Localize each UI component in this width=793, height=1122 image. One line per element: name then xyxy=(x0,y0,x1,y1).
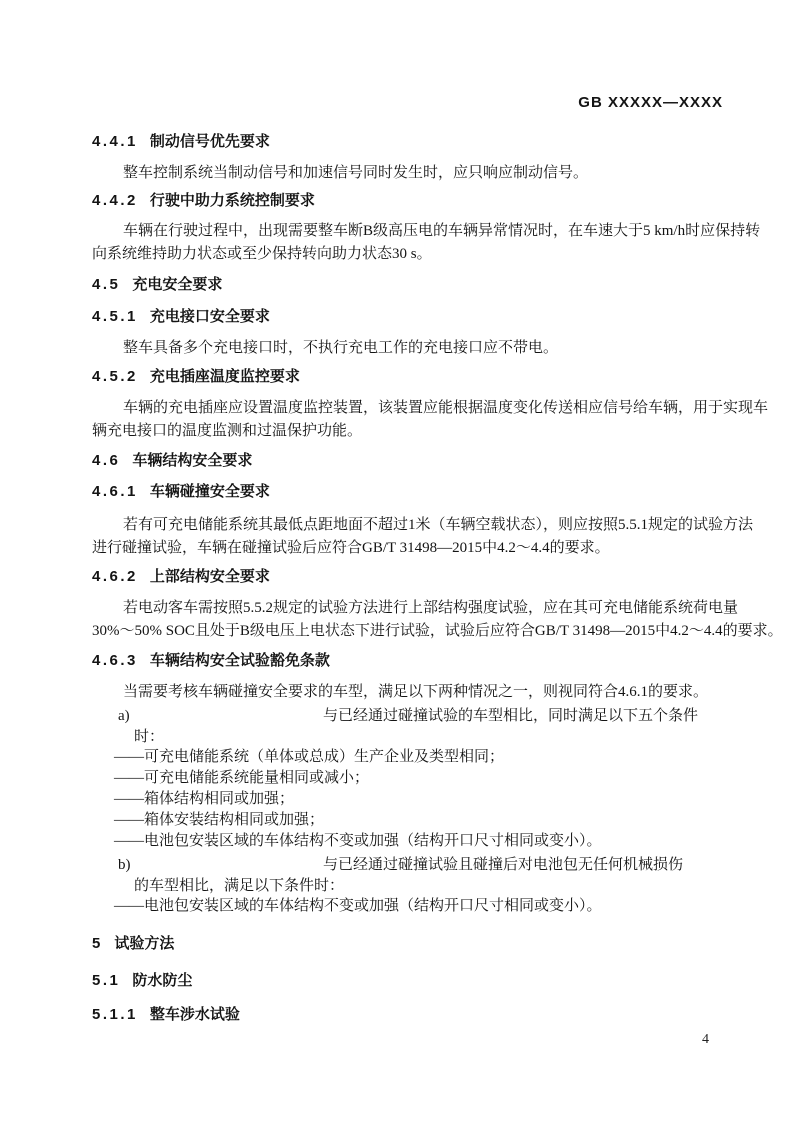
heading-number: 4.6 xyxy=(92,452,120,469)
heading-number: 4.4.1 xyxy=(92,133,138,150)
heading-title: 车辆结构安全试验豁免条款 xyxy=(150,652,330,669)
paragraph-line: 若电动客车需按照5.5.2规定的试验方法进行上部结构强度试验，应在其可充电储能系… xyxy=(92,597,723,620)
heading-title: 充电安全要求 xyxy=(132,276,222,293)
heading-number: 4.4.2 xyxy=(92,192,138,209)
heading-number: 4.5 xyxy=(92,276,120,293)
heading-number: 5.1.1 xyxy=(92,1006,138,1023)
dash-item: ——箱体结构相同或加强； xyxy=(92,789,723,810)
heading-title: 防水防尘 xyxy=(132,972,192,989)
list-item-a: a)与已经通过碰撞试验的车型相比，同时满足以下五个条件时： xyxy=(92,705,723,747)
paragraph-line: 车辆在行驶过程中，出现需要整车断B级高压电的车辆异常情况时，在车速大于5 km/… xyxy=(92,220,723,243)
dash-item: ——箱体安装结构相同或加强； xyxy=(92,810,723,831)
heading-4-5-1: 4.5.1充电接口安全要求 xyxy=(92,308,723,325)
heading-4-6-1: 4.6.1车辆碰撞安全要求 xyxy=(92,483,723,500)
list-item-continuation: 时： xyxy=(92,728,723,747)
heading-4-4-2: 4.4.2行驶中助力系统控制要求 xyxy=(92,192,723,209)
list-item-head: a)与已经通过碰撞试验的车型相比，同时满足以下五个条件 xyxy=(92,705,723,728)
paragraph: 整车控制系统当制动信号和加速信号同时发生时，应只响应制动信号。 xyxy=(92,162,723,185)
standard-number-header: GB XXXXX—XXXX xyxy=(92,94,723,111)
paragraph-line: 进行碰撞试验，车辆在碰撞试验后应符合GB/T 31498—2015中4.2～4.… xyxy=(92,537,723,560)
dash-item: ——电池包安装区域的车体结构不变或加强（结构开口尺寸相同或变小）。 xyxy=(92,831,723,852)
heading-number: 4.6.1 xyxy=(92,483,138,500)
dash-item: ——电池包安装区域的车体结构不变或加强（结构开口尺寸相同或变小）。 xyxy=(92,896,723,917)
paragraph-line: 向系统维持助力状态或至少保持转向助力状态30 s。 xyxy=(92,243,723,266)
heading-number: 5 xyxy=(92,935,100,952)
paragraph-line: 车辆的充电插座应设置温度监控装置，该装置应能根据温度变化传送相应信号给车辆，用于… xyxy=(92,397,723,420)
heading-4-5-2: 4.5.2充电插座温度监控要求 xyxy=(92,368,723,385)
list-item-text: 与已经通过碰撞试验的车型相比，同时满足以下五个条件 xyxy=(323,708,698,724)
heading-title: 充电接口安全要求 xyxy=(150,308,270,325)
document-body: GB XXXXX—XXXX 4.4.1制动信号优先要求整车控制系统当制动信号和加… xyxy=(92,94,723,1023)
list-item-head: b)与已经通过碰撞试验且碰撞后对电池包无任何机械损伤 xyxy=(92,854,723,877)
heading-4-6-3: 4.6.3车辆结构安全试验豁免条款 xyxy=(92,652,723,669)
dash-item: ——可充电储能系统（单体或总成）生产企业及类型相同； xyxy=(92,747,723,768)
heading-number: 4.6.2 xyxy=(92,568,138,585)
heading-5: 5试验方法 xyxy=(92,935,723,952)
heading-number: 4.5.2 xyxy=(92,368,138,385)
heading-4-6-2: 4.6.2上部结构安全要求 xyxy=(92,568,723,585)
heading-5-1: 5.1防水防尘 xyxy=(92,972,723,989)
heading-number: 5.1 xyxy=(92,972,120,989)
heading-4-6: 4.6车辆结构安全要求 xyxy=(92,452,723,469)
document-page: GB XXXXX—XXXX 4.4.1制动信号优先要求整车控制系统当制动信号和加… xyxy=(0,0,793,1122)
paragraph-line: 整车控制系统当制动信号和加速信号同时发生时，应只响应制动信号。 xyxy=(92,162,723,185)
heading-title: 车辆结构安全要求 xyxy=(132,452,252,469)
heading-5-1-1: 5.1.1整车涉水试验 xyxy=(92,1006,723,1023)
dash-item: ——可充电储能系统能量相同或减小； xyxy=(92,768,723,789)
heading-title: 制动信号优先要求 xyxy=(150,133,270,150)
paragraph: 若有可充电储能系统其最低点距地面不超过1米（车辆空载状态），则应按照5.5.1规… xyxy=(92,514,723,560)
heading-number: 4.5.1 xyxy=(92,308,138,325)
paragraph: 当需要考核车辆碰撞安全要求的车型，满足以下两种情况之一，则视同符合4.6.1的要… xyxy=(92,681,723,704)
heading-4-4-1: 4.4.1制动信号优先要求 xyxy=(92,133,723,150)
paragraph: 整车具备多个充电接口时，不执行充电工作的充电接口应不带电。 xyxy=(92,337,723,360)
heading-number: 4.6.3 xyxy=(92,652,138,669)
heading-4-5: 4.5充电安全要求 xyxy=(92,276,723,293)
paragraph: 车辆在行驶过程中，出现需要整车断B级高压电的车辆异常情况时，在车速大于5 km/… xyxy=(92,220,723,266)
list-item-text: 与已经通过碰撞试验且碰撞后对电池包无任何机械损伤 xyxy=(323,857,683,873)
heading-title: 车辆碰撞安全要求 xyxy=(150,483,270,500)
heading-title: 充电插座温度监控要求 xyxy=(150,368,300,385)
paragraph-line: 30%～50% SOC且处于B级电压上电状态下进行试验，试验后应符合GB/T 3… xyxy=(92,620,723,643)
heading-title: 试验方法 xyxy=(114,935,174,952)
heading-title: 整车涉水试验 xyxy=(150,1006,240,1023)
list-item-continuation: 的车型相比，满足以下条件时： xyxy=(92,877,723,896)
list-item-label: b) xyxy=(118,854,323,877)
paragraph-line: 整车具备多个充电接口时，不执行充电工作的充电接口应不带电。 xyxy=(92,337,723,360)
list-item-label: a) xyxy=(118,705,323,728)
paragraph-line: 当需要考核车辆碰撞安全要求的车型，满足以下两种情况之一，则视同符合4.6.1的要… xyxy=(92,681,723,704)
paragraph: 车辆的充电插座应设置温度监控装置，该装置应能根据温度变化传送相应信号给车辆，用于… xyxy=(92,397,723,443)
paragraph-line: 若有可充电储能系统其最低点距地面不超过1米（车辆空载状态），则应按照5.5.1规… xyxy=(92,514,723,537)
heading-title: 行驶中助力系统控制要求 xyxy=(150,192,315,209)
paragraph: 若电动客车需按照5.5.2规定的试验方法进行上部结构强度试验，应在其可充电储能系… xyxy=(92,597,723,643)
paragraph-line: 辆充电接口的温度监测和过温保护功能。 xyxy=(92,420,723,443)
list-item-b: b)与已经通过碰撞试验且碰撞后对电池包无任何机械损伤的车型相比，满足以下条件时： xyxy=(92,854,723,896)
heading-title: 上部结构安全要求 xyxy=(150,568,270,585)
page-number: 4 xyxy=(702,1031,709,1049)
